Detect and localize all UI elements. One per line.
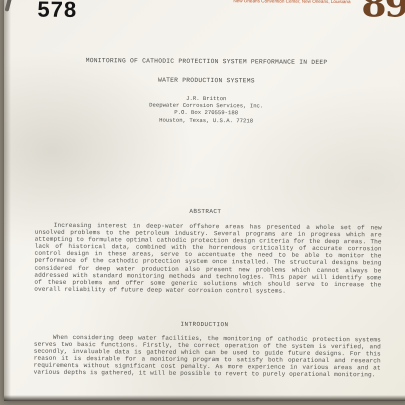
conference-venue: New Orleans Convention Center, New Orlea… <box>233 0 350 5</box>
paper-content: 578 April 17-21, 1989 New Orleans Conven… <box>4 0 405 401</box>
introduction-heading: INTRODUCTION <box>4 319 405 329</box>
paper-title-line2: WATER PRODUCTION SYSTEMS <box>5 69 405 91</box>
paper-sheet: 578 April 17-21, 1989 New Orleans Conven… <box>4 0 405 401</box>
bottom-edge-shadow <box>4 395 405 401</box>
author-block: J.R. Britton Deepwater Corrosion Service… <box>5 93 405 125</box>
conference-year-logo: 89 <box>361 0 405 26</box>
abstract-heading: ABSTRACT <box>4 206 405 216</box>
introduction-paragraph: When considering deep water facilities, … <box>34 334 381 379</box>
scanned-paper-photo: 578 April 17-21, 1989 New Orleans Conven… <box>0 0 405 405</box>
left-edge-shadow <box>4 0 11 401</box>
paper-number-stamp: 578 <box>37 0 77 23</box>
abstract-paragraph: Increasing interest in deep-water offsho… <box>34 222 382 296</box>
conference-header: April 17-21, 1989 New Orleans Convention… <box>233 0 350 5</box>
paper-title: MONITORING OF CATHODIC PROTECTION SYSTEM… <box>5 50 405 91</box>
